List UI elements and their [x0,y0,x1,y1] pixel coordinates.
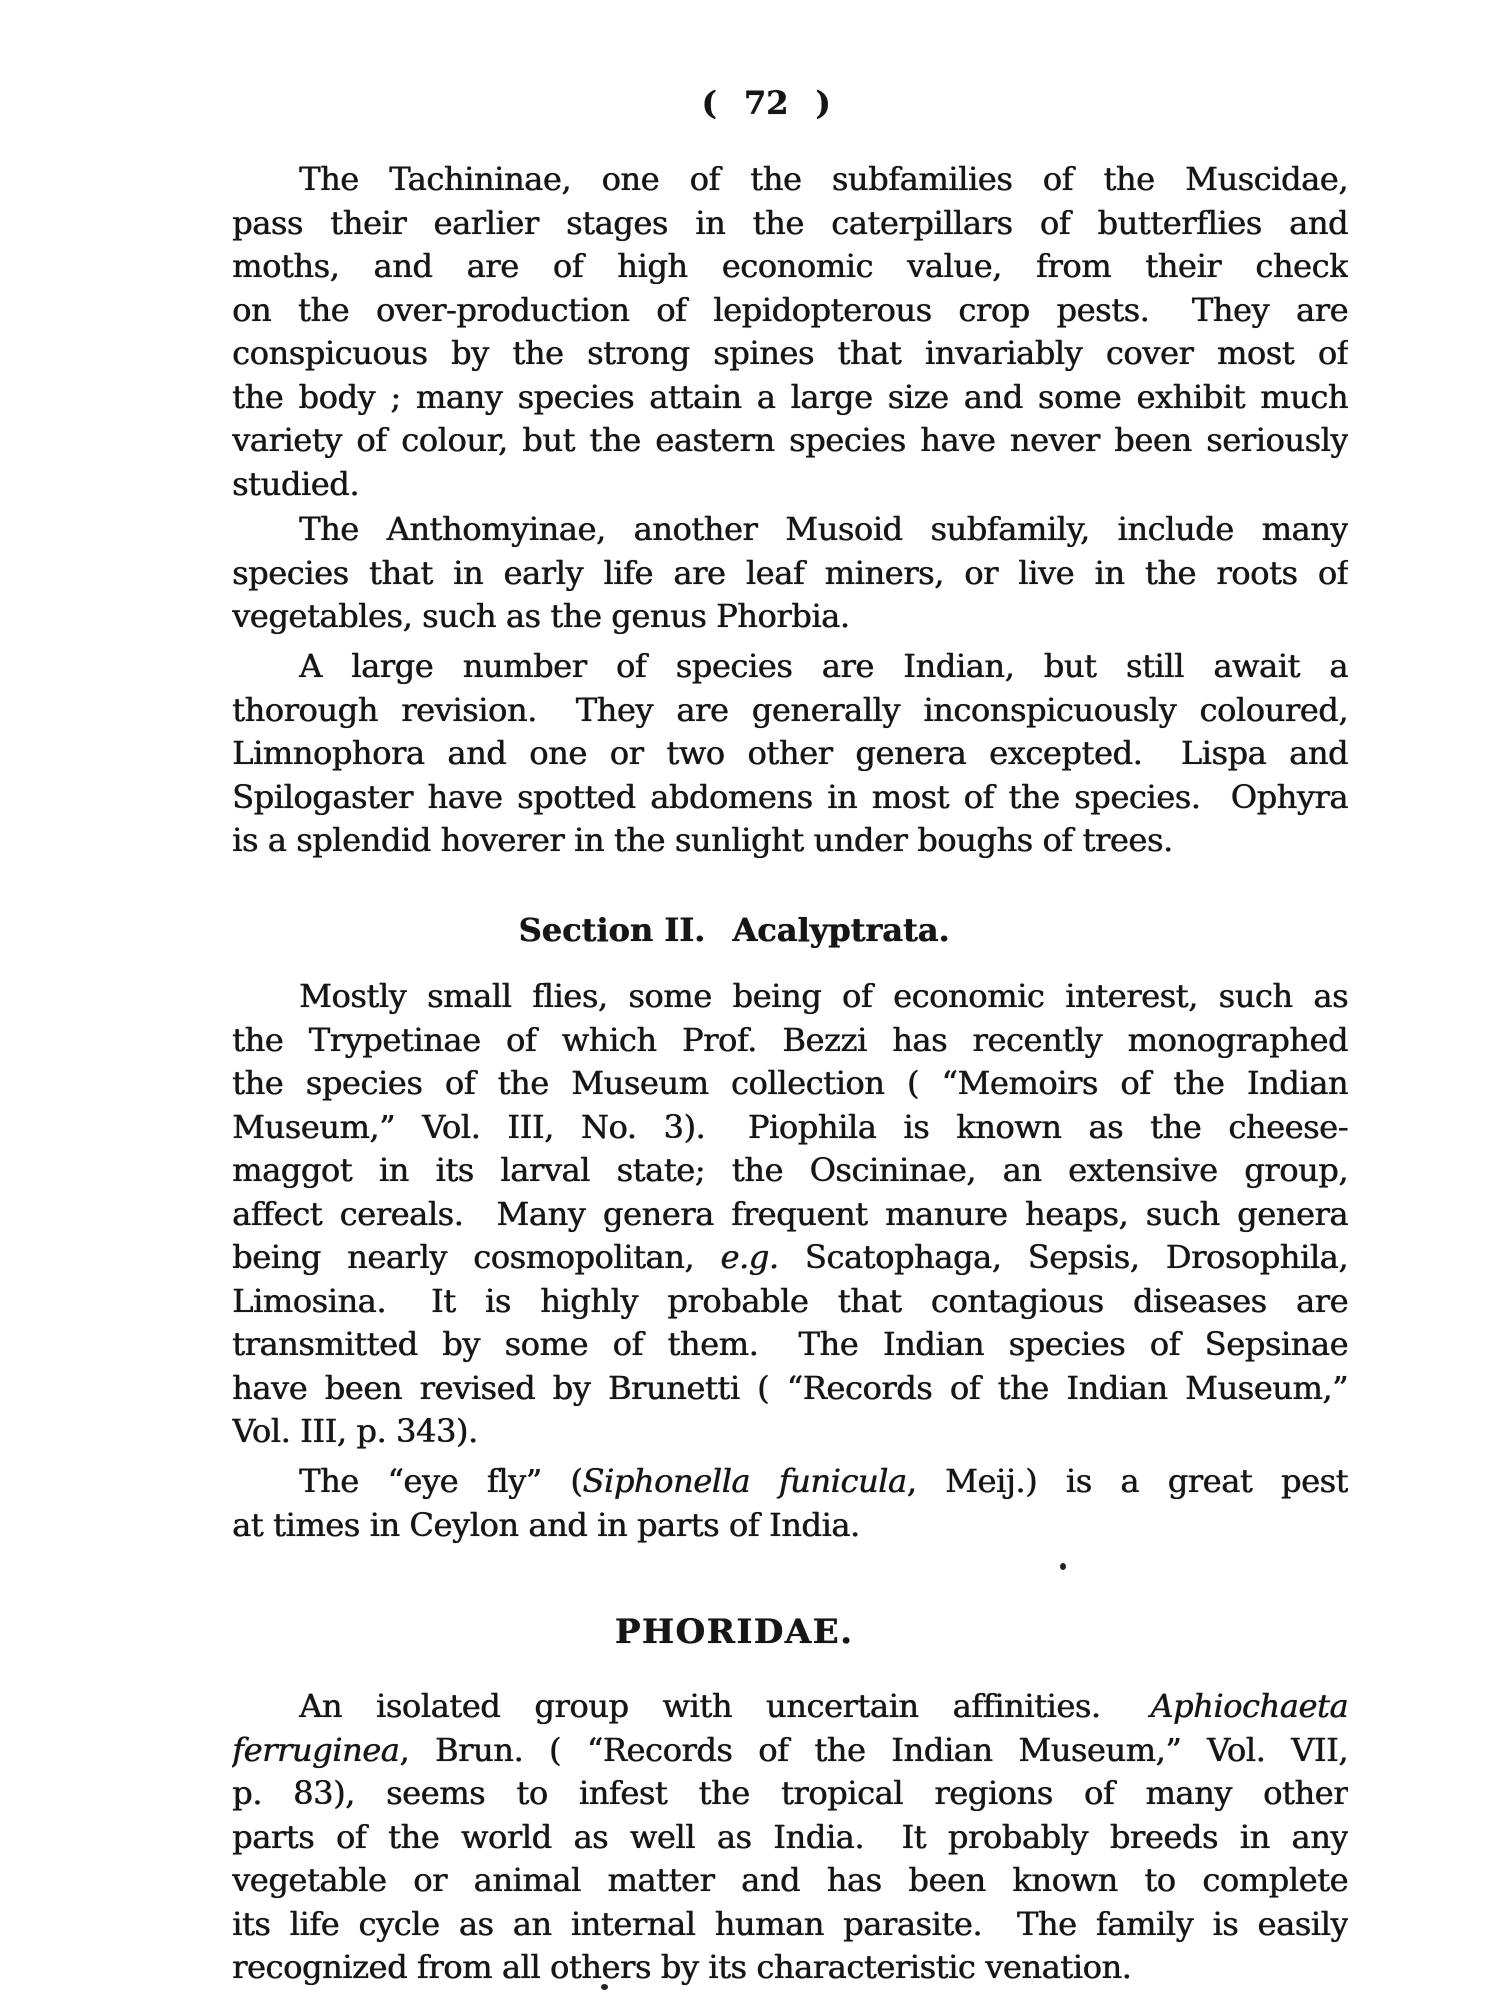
text-line: An isolated group with uncertain affinit… [232,1685,1348,1729]
text-line: transmitted by some of them. The Indian … [232,1323,1348,1367]
text-segment: is a splendid hoverer in the sunlight un… [232,821,1173,859]
text-segment: affect cereals. Many genera frequent man… [232,1195,1348,1233]
text-segment: Spilogaster have spotted abdomens in mos… [232,778,1348,816]
text-line: parts of the world as well as India. It … [232,1816,1348,1860]
text-segment: vegetable or animal matter and has been … [232,1861,1348,1899]
text-segment: on the over-production of lepidopterous … [232,291,1348,329]
text-segment: pass their earlier stages in the caterpi… [232,204,1348,242]
paragraph-tachininae: The Tachininae, one of the subfamilies o… [232,158,1348,506]
text-segment: Vol. III, p. 343). [232,1412,478,1450]
text-segment: , Brun. ( “Records of the Indian Museum,… [399,1731,1348,1769]
text-line: ferruginea, Brun. ( “Records of the Indi… [232,1729,1348,1773]
italic-text-segment: e.g. [720,1238,778,1276]
paragraph-acalyptrata: Mostly small flies, some being of econom… [232,975,1348,1454]
text-segment: The “eye fly” ( [299,1462,582,1500]
text-line: species that in early life are leaf mine… [232,552,1348,596]
paragraph-anthomyinae: The Anthomyinae, another Musoid subfamil… [232,508,1348,639]
text-line: recognized from all others by its charac… [232,1946,1348,1990]
text-segment: vegetables, such as the genus Phorbia. [232,597,850,635]
text-segment: Limosina. It is highly probable that con… [232,1282,1348,1320]
paragraph-phoridae: An isolated group with uncertain affinit… [232,1685,1348,1990]
text-segment: recognized from all others by its charac… [232,1948,1131,1986]
text-segment: A large number of species are Indian, bu… [299,647,1348,685]
text-line: p. 83), seems to infest the tropical reg… [232,1772,1348,1816]
text-line: the Trypetinae of which Prof. Bezzi has … [232,1019,1348,1063]
text-segment: being nearly cosmopolitan, [232,1238,720,1276]
text-line: vegetable or animal matter and has been … [232,1859,1348,1903]
text-segment: its life cycle as an internal human para… [232,1905,1348,1943]
text-segment: the species of the Museum collection ( “… [232,1064,1348,1102]
text-line: maggot in its larval state; the Oscinina… [232,1149,1348,1193]
text-segment: species that in early life are leaf mine… [232,554,1348,592]
text-line: is a splendid hoverer in the sunlight un… [232,819,1348,863]
text-line: at times in Ceylon and in parts of India… [232,1504,1348,1548]
text-line: Spilogaster have spotted abdomens in mos… [232,776,1348,820]
text-segment: An isolated group with uncertain affinit… [299,1687,1150,1725]
text-line: The Anthomyinae, another Musoid subfamil… [232,508,1348,552]
paragraph-indian-species: A large number of species are Indian, bu… [232,645,1348,863]
heading-phoridae: PHORIDAE. [176,1607,1292,1657]
italic-text-segment: Siphonella funicula [582,1462,906,1500]
text-line: affect cereals. Many genera frequent man… [232,1193,1348,1237]
text-line: studied. [232,463,1348,507]
text-line: the species of the Museum collection ( “… [232,1062,1348,1106]
text-segment: have been revised by Brunetti ( “Records… [232,1369,1348,1407]
text-segment: transmitted by some of them. The Indian … [232,1325,1348,1363]
text-line: pass their earlier stages in the caterpi… [232,202,1348,246]
text-line: A large number of species are Indian, bu… [232,645,1348,689]
italic-text-segment: Aphiochaeta [1150,1687,1348,1725]
text-line: the body ; many species attain a large s… [232,376,1348,420]
text-line: being nearly cosmopolitan, e.g. Scatopha… [232,1236,1348,1280]
text-line: have been revised by Brunetti ( “Records… [232,1367,1348,1411]
text-line: on the over-production of lepidopterous … [232,289,1348,333]
scanned-book-page: ( 72 ) The Tachininae, one of the subfam… [0,0,1500,2000]
text-line: conspicuous by the strong spines that in… [232,332,1348,376]
text-segment: conspicuous by the strong spines that in… [232,334,1348,372]
text-segment: Museum,” Vol. III, No. 3). Piophila is k… [232,1108,1348,1146]
text-segment: studied. [232,465,359,503]
text-segment: the Trypetinae of which Prof. Bezzi has … [232,1021,1348,1059]
text-line: The “eye fly” (Siphonella funicula, Meij… [232,1460,1348,1504]
text-segment: Mostly small flies, some being of econom… [299,977,1348,1015]
text-line: its life cycle as an internal human para… [232,1903,1348,1947]
text-segment: Scatophaga, Sepsis, Drosophila, [779,1238,1348,1276]
text-segment: thorough revision. They are generally in… [232,691,1348,729]
text-line: thorough revision. They are generally in… [232,689,1348,733]
text-segment: the body ; many species attain a large s… [232,378,1348,416]
italic-text-segment: ferruginea [232,1731,399,1769]
text-segment: The Anthomyinae, another Musoid subfamil… [299,510,1348,548]
text-segment: variety of colour, but the eastern speci… [232,421,1348,459]
text-segment: at times in Ceylon and in parts of India… [232,1506,860,1544]
text-segment: , Meij.) is a great pest [907,1462,1348,1500]
text-segment: p. 83), seems to infest the tropical reg… [232,1774,1348,1812]
text-line: Vol. III, p. 343). [232,1410,1348,1454]
text-segment: parts of the world as well as India. It … [232,1818,1348,1856]
heading-section-2: Section II. Acalyptrata. [176,908,1292,952]
text-line: Museum,” Vol. III, No. 3). Piophila is k… [232,1106,1348,1150]
text-segment: Limnophora and one or two other genera e… [232,734,1348,772]
text-line: Mostly small flies, some being of econom… [232,975,1348,1019]
text-line: vegetables, such as the genus Phorbia. [232,595,1348,639]
text-segment: moths, and are of high economic value, f… [232,247,1348,285]
ink-speck [1060,1563,1066,1570]
text-column: The Tachininae, one of the subfamilies o… [0,0,1500,2000]
text-line: moths, and are of high economic value, f… [232,245,1348,289]
paragraph-eye-fly: The “eye fly” (Siphonella funicula, Meij… [232,1460,1348,1547]
text-line: The Tachininae, one of the subfamilies o… [232,158,1348,202]
text-line: Limnophora and one or two other genera e… [232,732,1348,776]
text-line: variety of colour, but the eastern speci… [232,419,1348,463]
text-line: Limosina. It is highly probable that con… [232,1280,1348,1324]
text-segment: maggot in its larval state; the Oscinina… [232,1151,1348,1189]
ink-speck [601,1984,608,1990]
text-segment: The Tachininae, one of the subfamilies o… [299,160,1348,198]
